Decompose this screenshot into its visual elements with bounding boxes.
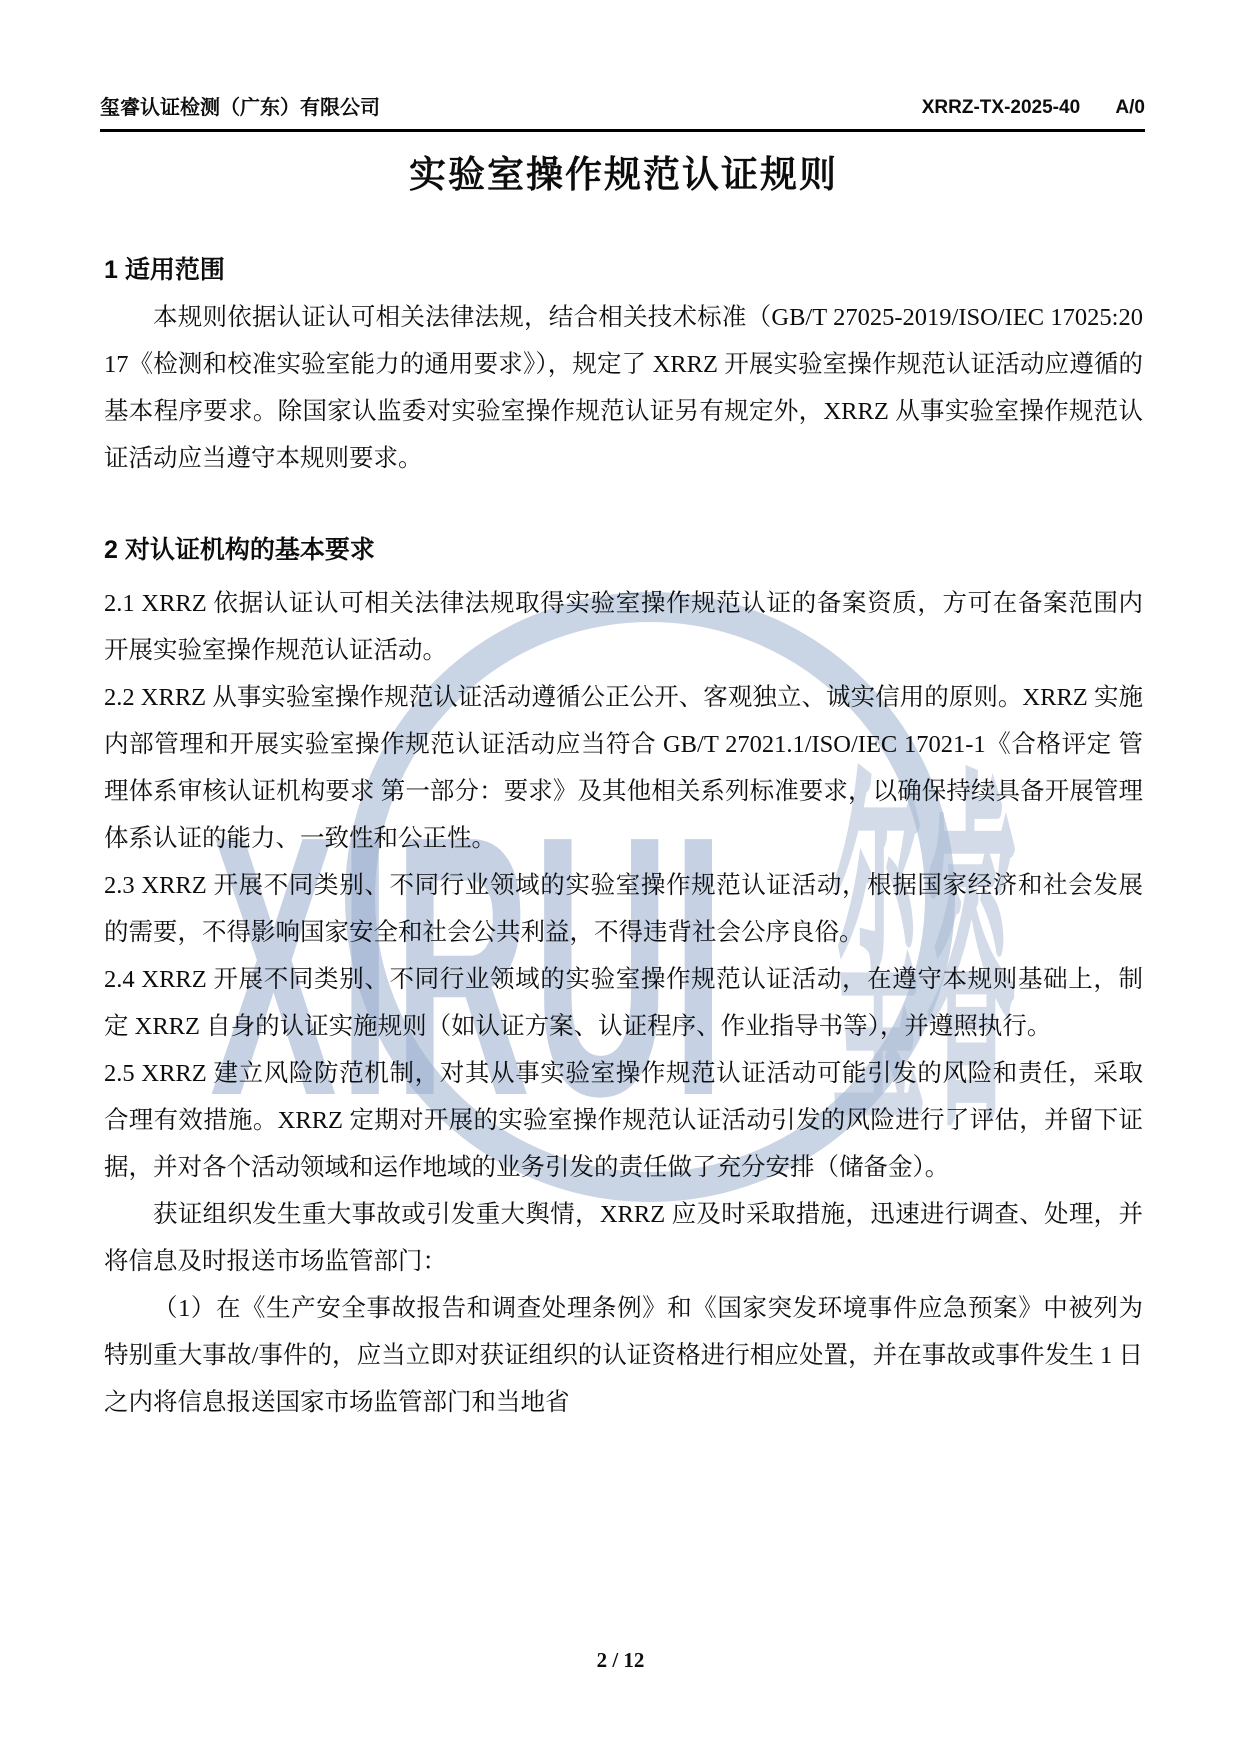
document-revision: A/0 (1115, 97, 1145, 118)
document-title: 实验室操作规范认证规则 (104, 150, 1143, 202)
incident-paragraph: 获证组织发生重大事故或引发重大舆情，XRRZ 应及时采取措施，迅速进行调查、处理… (104, 1191, 1143, 1285)
clause-2-2: 2.2 XRRZ 从事实验室操作规范认证活动遵循公正公开、客观独立、诚实信用的原… (104, 674, 1143, 862)
clause-2-1: 2.1 XRRZ 依据认证认可相关法律法规取得实验室操作规范认证的备案资质，方可… (104, 580, 1143, 674)
section-2-heading: 2 对认证机构的基本要求 (104, 532, 1143, 568)
page-header: 玺睿认证检测（广东）有限公司 XRRZ-TX-2025-40 A/0 (100, 96, 1145, 132)
document-code: XRRZ-TX-2025-40 (922, 97, 1080, 118)
section-1-paragraph: 本规则依据认证认可相关法律法规，结合相关技术标准（GB/T 27025-2019… (104, 294, 1143, 482)
document-meta: XRRZ-TX-2025-40 A/0 (922, 96, 1145, 120)
section-1-heading: 1 适用范围 (104, 252, 1143, 288)
clause-2-5: 2.5 XRRZ 建立风险防范机制，对其从事实验室操作规范认证活动可能引发的风险… (104, 1050, 1143, 1191)
incident-item-1: （1）在《生产安全事故报告和调查处理条例》和《国家突发环境事件应急预案》中被列为… (104, 1285, 1143, 1426)
company-name: 玺睿认证检测（广东）有限公司 (100, 96, 380, 120)
page-footer: 2 / 12 (0, 1648, 1241, 1673)
document-body: 实验室操作规范认证规则 1 适用范围 本规则依据认证认可相关法律法规，结合相关技… (104, 150, 1143, 1426)
document-page: XIRUI 玺睿 玺睿认证检测（广东）有限公司 XRRZ-TX-2025-40 … (0, 0, 1241, 1754)
clause-2-3: 2.3 XRRZ 开展不同类别、不同行业领域的实验室操作规范认证活动，根据国家经… (104, 862, 1143, 956)
clause-2-4: 2.4 XRRZ 开展不同类别、不同行业领域的实验室操作规范认证活动，在遵守本规… (104, 956, 1143, 1050)
